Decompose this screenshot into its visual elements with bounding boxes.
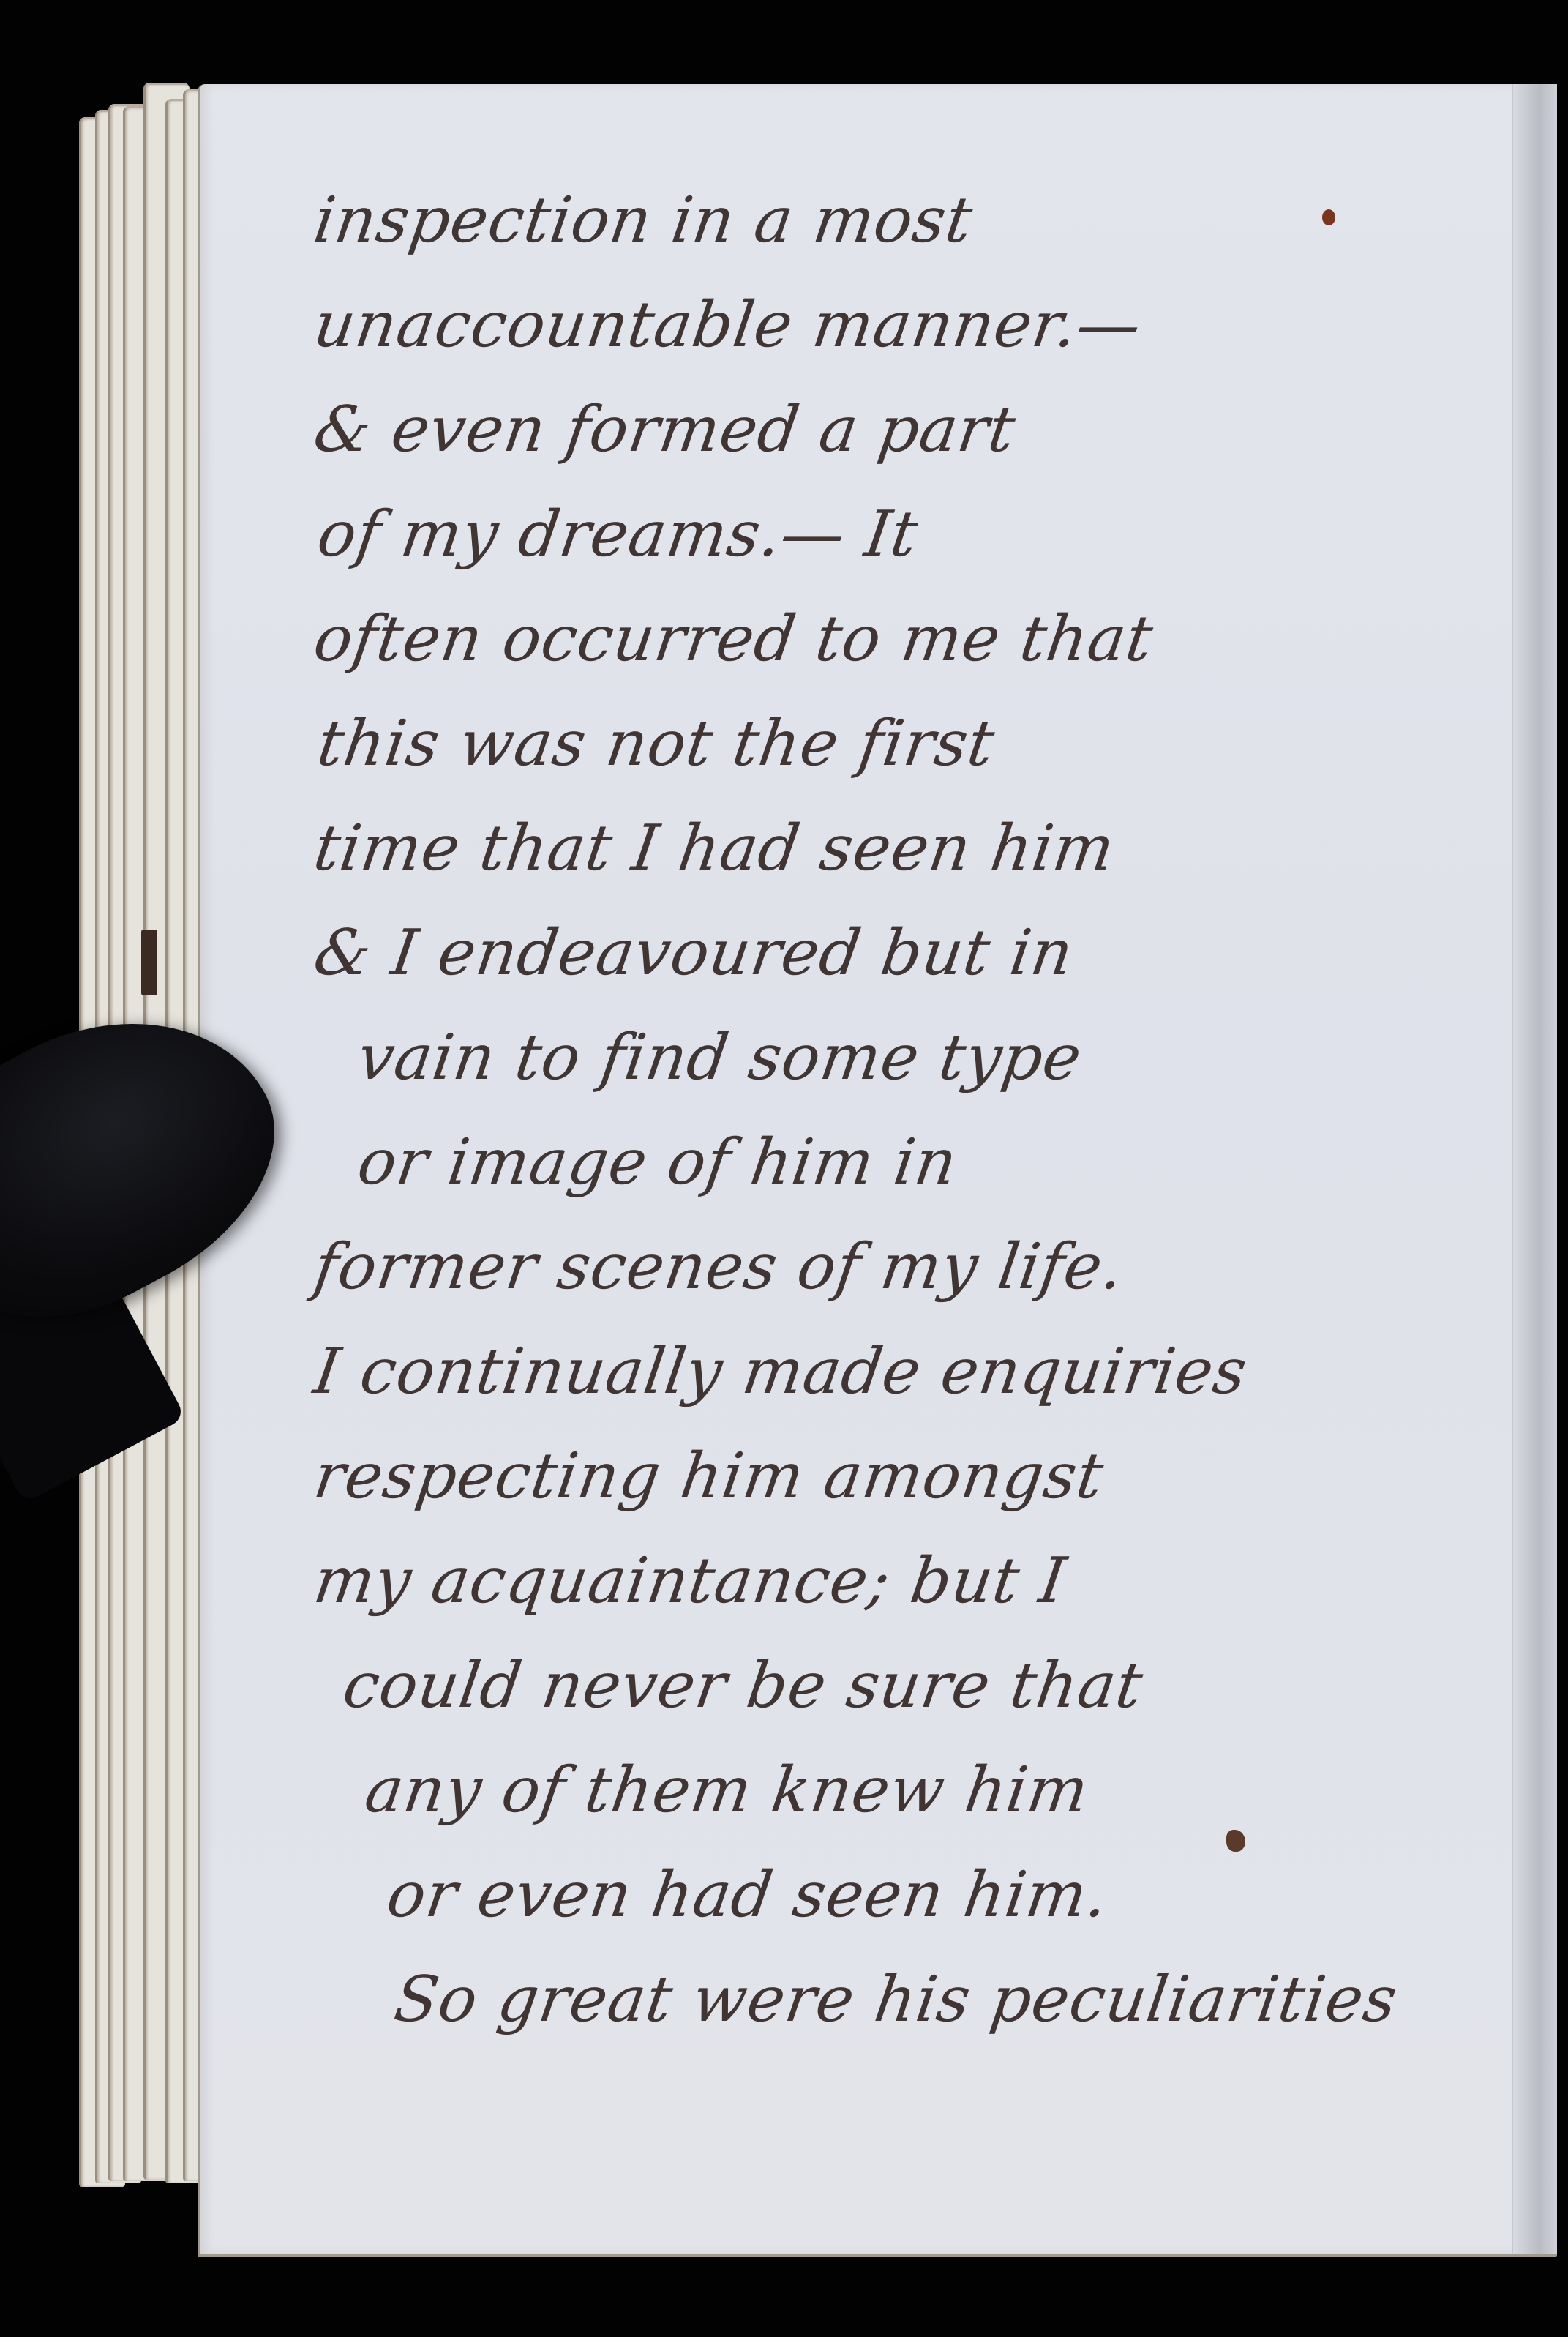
text-line: & even formed a part xyxy=(307,378,1493,482)
text-line: time that I had seen him xyxy=(307,796,1493,901)
text-line: inspection in a most xyxy=(307,168,1493,273)
text-line: could never be sure that xyxy=(307,1634,1493,1738)
text-line: So great were his peculiarities xyxy=(307,1948,1493,2052)
text-line: this was not the first xyxy=(307,692,1493,796)
text-line: of my dreams.— It xyxy=(307,482,1493,587)
text-line: & I endeavoured but in xyxy=(307,901,1493,1006)
handwritten-text: inspection in a most unaccountable manne… xyxy=(315,168,1485,2052)
text-line: or image of him in xyxy=(307,1110,1493,1215)
text-line: any of them knew him xyxy=(307,1738,1493,1843)
text-line: or even had seen him. xyxy=(307,1843,1493,1948)
text-line: unaccountable manner.— xyxy=(307,273,1493,378)
text-line: former scenes of my life. xyxy=(307,1215,1493,1320)
text-line: often occurred to me that xyxy=(307,587,1493,692)
text-line: respecting him amongst xyxy=(307,1424,1493,1529)
text-line: my acquaintance; but I xyxy=(307,1529,1493,1634)
text-line: I continually made enquiries xyxy=(307,1320,1493,1424)
page-gutter xyxy=(1512,84,1557,2254)
edge-ink-mark xyxy=(141,930,157,995)
text-line: vain to find some type xyxy=(307,1006,1493,1110)
